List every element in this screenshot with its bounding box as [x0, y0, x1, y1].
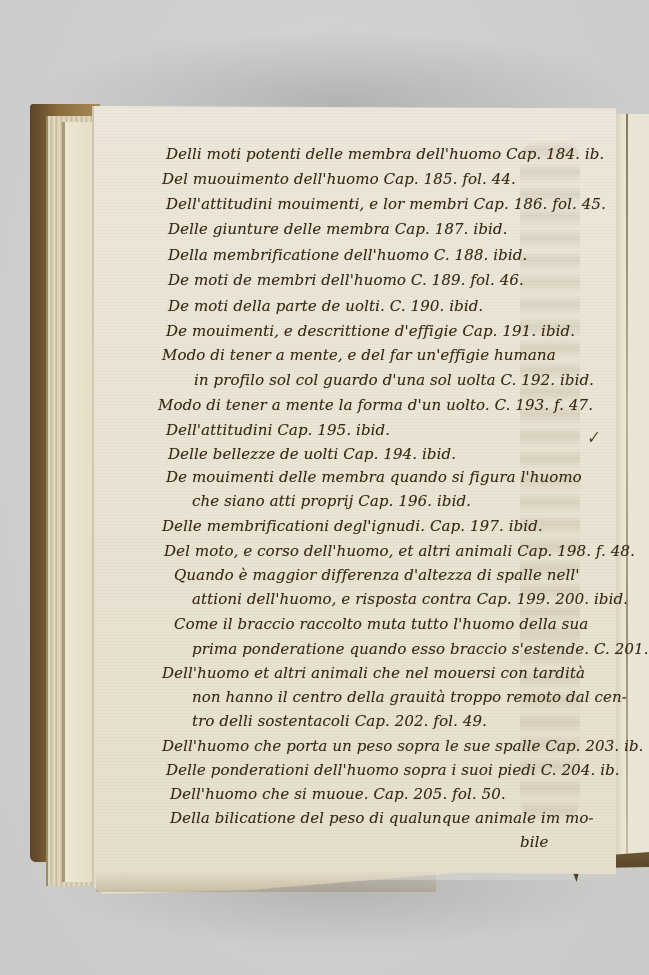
index-entry: Delli moti potenti delle membra dell'huo… — [166, 145, 604, 163]
index-entry-continuation: bile — [520, 833, 548, 851]
index-entry-continuation: attioni dell'huomo, e risposta contra Ca… — [192, 590, 628, 608]
index-entry-continuation: non hanno il centro della grauità troppo… — [192, 688, 627, 706]
index-entry: De moti della parte de uolti. C. 190. ib… — [168, 297, 483, 315]
index-entry-continuation: prima ponderatione quando esso braccio s… — [192, 640, 649, 658]
index-entry: Come il braccio raccolto muta tutto l'hu… — [174, 615, 588, 633]
index-entry: Dell'huomo che si muoue. Cap. 205. fol. … — [170, 785, 506, 803]
index-entry: Delle bellezze de uolti Cap. 194. ibid. — [168, 445, 456, 463]
index-entry: Delle giunture delle membra Cap. 187. ib… — [168, 220, 508, 238]
index-entry: Delle membrificationi degl'ignudi. Cap. … — [162, 517, 543, 535]
index-entry: Del muouimento dell'huomo Cap. 185. fol.… — [162, 170, 516, 188]
background-shadow-top — [40, 30, 640, 110]
index-entry: Quando è maggior differenza d'altezza di… — [174, 566, 580, 584]
index-entry-continuation: che siano atti proprij Cap. 196. ibid. — [192, 492, 471, 510]
index-entry-continuation: tro delli sostentacoli Cap. 202. fol. 49… — [192, 712, 487, 730]
index-entry: Dell'attitudini Cap. 195. ibid. — [166, 421, 390, 439]
index-entry: Del moto, e corso dell'huomo, et altri a… — [164, 542, 635, 560]
index-entry: Dell'attitudini mouimenti, e lor membri … — [166, 195, 606, 213]
index-entry-continuation: in profilo sol col guardo d'una sol uolt… — [194, 371, 594, 389]
index-entry: Modo di tener a mente, e del far un'effi… — [162, 346, 556, 364]
index-entry: Della membrificatione dell'huomo C. 188.… — [168, 246, 527, 264]
index-entry: De mouimenti, e descrittione d'effigie C… — [166, 322, 575, 340]
index-entry: De moti de membri dell'huomo C. 189. fol… — [168, 271, 524, 289]
index-entry: De mouimenti delle membra quando si figu… — [166, 468, 582, 486]
index-entry: Modo di tener a mente la forma d'un uolt… — [158, 396, 593, 414]
index-entry: Dell'huomo et altri animali che nel moue… — [162, 664, 585, 682]
index-entry: Dell'huomo che porta un peso sopra le su… — [162, 737, 644, 755]
index-entry: Delle ponderationi dell'huomo sopra i su… — [166, 761, 620, 779]
index-entry: Della bilicatione del peso di qualunque … — [170, 809, 594, 827]
